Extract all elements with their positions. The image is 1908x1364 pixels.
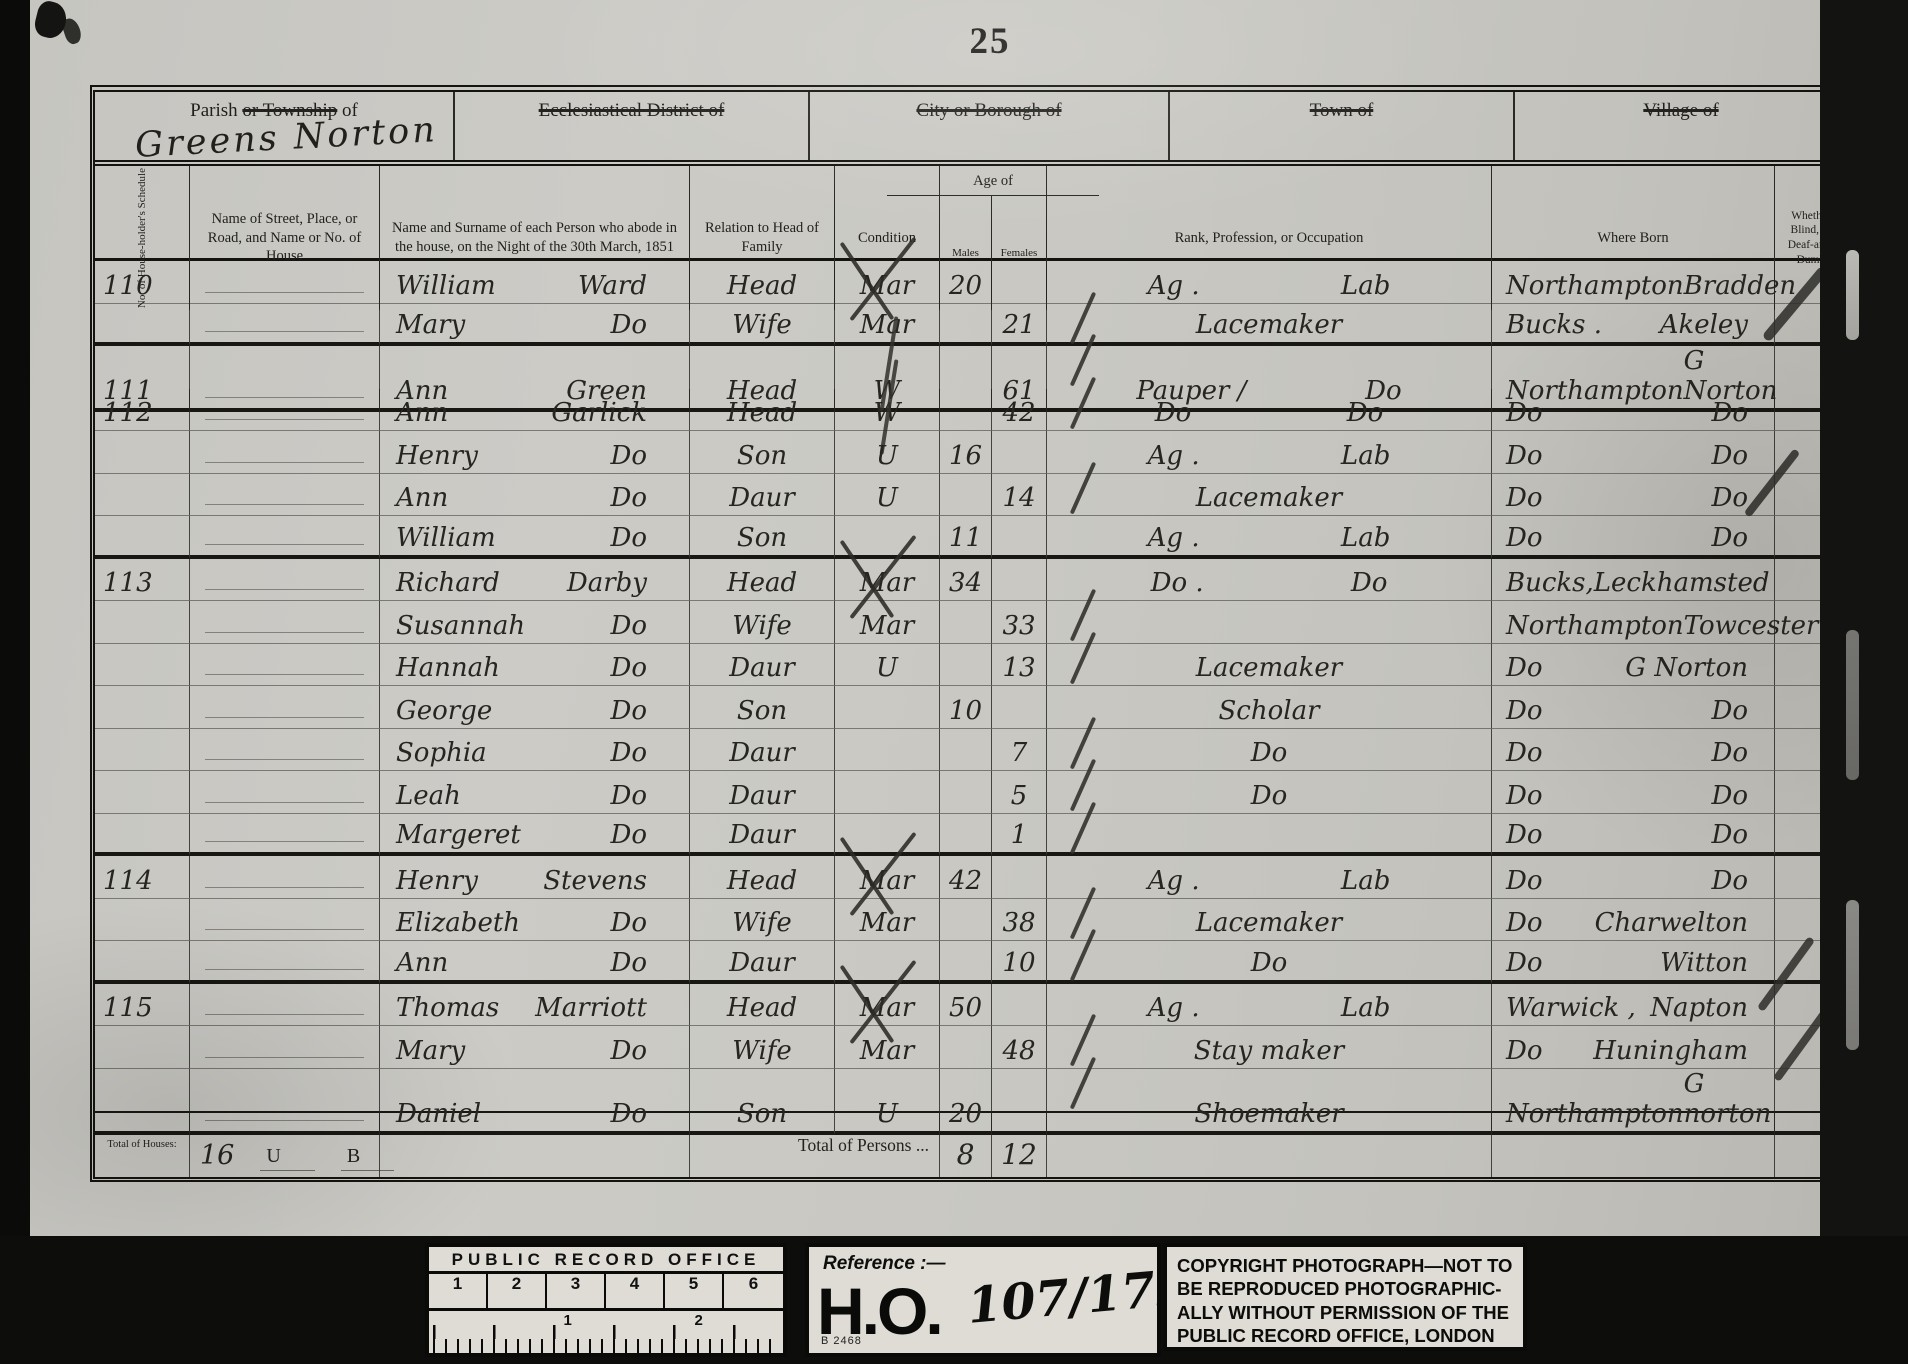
where-born-text: Northampton bbox=[1506, 271, 1684, 301]
where-born-text: Do bbox=[1712, 696, 1749, 726]
where-born-cell: DoDo bbox=[1492, 814, 1775, 857]
given-name: Mary bbox=[396, 1036, 465, 1066]
given-name: Ann bbox=[396, 948, 448, 978]
given-name: William bbox=[396, 271, 496, 301]
relation-cell: Son bbox=[690, 516, 835, 559]
ditto-dash bbox=[205, 717, 364, 718]
where-born-text: Do bbox=[1712, 523, 1749, 553]
where-born-text: Do bbox=[1506, 1036, 1543, 1066]
occupation-text: Lab bbox=[1341, 993, 1390, 1023]
totals-row: Total of Houses: 16 U B Total of Persons… bbox=[95, 1111, 1847, 1177]
street-cell bbox=[190, 389, 380, 432]
schedule-number-cell bbox=[95, 771, 190, 814]
condition-cell: Mar bbox=[835, 856, 940, 899]
inch-number: 3 bbox=[547, 1274, 606, 1308]
where-born-text: Do bbox=[1506, 523, 1543, 553]
person-name-cell: WilliamDo bbox=[380, 516, 690, 559]
ditto-dash bbox=[205, 1057, 364, 1058]
occupation-cell: Do bbox=[1047, 941, 1492, 984]
person-name-cell: RichardDarby bbox=[380, 559, 690, 602]
ditto-dash bbox=[205, 331, 364, 332]
ditto-dash bbox=[205, 841, 364, 842]
age-females-cell: 10 bbox=[992, 941, 1047, 984]
census-page: 25 Parish or Township of Greens Norton E… bbox=[30, 0, 1820, 1236]
occupation-cell: Stay maker bbox=[1047, 1026, 1492, 1069]
table-row: 112AnnGarlickHeadW42DoDoDoDo bbox=[95, 389, 1847, 432]
condition-cell: Mar bbox=[835, 1026, 940, 1069]
total-houses-value-cell: 16 U B bbox=[190, 1113, 380, 1177]
condition-cell: Mar bbox=[835, 559, 940, 602]
table-row: AnnDoDaurU14LacemakerDoDo bbox=[95, 474, 1847, 517]
relation-cell: Wife bbox=[690, 899, 835, 942]
age-males-cell: 16 bbox=[940, 431, 992, 474]
where-born-cell: DoDo bbox=[1492, 431, 1775, 474]
parish-handwritten-value: Greens Norton bbox=[134, 110, 439, 166]
where-born-cell: NorthamptonBradden bbox=[1492, 261, 1775, 304]
where-born-text: Charwelton bbox=[1595, 908, 1748, 938]
surname: Do bbox=[611, 611, 648, 641]
table-row: HenryDoSonU16Ag .LabDoDo bbox=[95, 431, 1847, 474]
age-females-cell bbox=[992, 431, 1047, 474]
table-row: GeorgeDoSon10ScholarDoDo bbox=[95, 686, 1847, 729]
schedule-number-cell bbox=[95, 516, 190, 559]
person-name-cell: AnnGarlick bbox=[380, 389, 690, 432]
given-name: Margeret bbox=[396, 820, 521, 850]
surname: Do bbox=[611, 441, 648, 471]
person-name-cell: LeahDo bbox=[380, 771, 690, 814]
ditto-dash bbox=[205, 929, 364, 930]
given-name: Ann bbox=[396, 398, 448, 428]
where-born-text: Northampton bbox=[1506, 611, 1684, 641]
cm-number: 1 bbox=[564, 1312, 572, 1329]
schedule-number-cell bbox=[95, 644, 190, 687]
street-cell bbox=[190, 984, 380, 1027]
age-males-cell: 42 bbox=[940, 856, 992, 899]
where-born-text: G Norton bbox=[1625, 653, 1748, 683]
inch-number: 1 bbox=[429, 1274, 488, 1308]
occupation-cell: Ag .Lab bbox=[1047, 431, 1492, 474]
ditto-dash bbox=[205, 419, 364, 420]
schedule-number-cell: 112 bbox=[95, 389, 190, 432]
street-cell bbox=[190, 304, 380, 347]
where-born-cell: Warwick ,Napton bbox=[1492, 984, 1775, 1027]
relation-cell: Head bbox=[690, 261, 835, 304]
condition-cell: Mar bbox=[835, 304, 940, 347]
age-females-cell bbox=[992, 984, 1047, 1027]
occupation-text: Lacemaker bbox=[1196, 908, 1342, 938]
village-label: Village of bbox=[1643, 100, 1718, 121]
occupation-text: Stay maker bbox=[1194, 1036, 1344, 1066]
where-born-cell: Bucks,Leckhamsted bbox=[1492, 559, 1775, 602]
ditto-dash bbox=[205, 292, 364, 293]
inch-number: 5 bbox=[665, 1274, 724, 1308]
occupation-text: Do bbox=[1347, 398, 1384, 428]
surname: Stevens bbox=[543, 866, 647, 896]
age-females-cell bbox=[992, 559, 1047, 602]
age-males-cell: 34 bbox=[940, 559, 992, 602]
occupation-text: Lacemaker bbox=[1196, 653, 1342, 683]
town-header-cell: Town of bbox=[1170, 92, 1515, 160]
age-males-cell: 20 bbox=[940, 261, 992, 304]
surname: Do bbox=[611, 781, 648, 811]
schedule-number-cell bbox=[95, 474, 190, 517]
photo-edge-streak bbox=[1846, 250, 1859, 340]
table-row: 115ThomasMarriottHeadMar50Ag .LabWarwick… bbox=[95, 984, 1847, 1027]
occupation-cell: Ag .Lab bbox=[1047, 261, 1492, 304]
total-houses-value: 16 bbox=[200, 1140, 234, 1171]
where-born-cell: DoHuningham bbox=[1492, 1026, 1775, 1069]
ditto-dash bbox=[205, 969, 364, 970]
age-males-cell bbox=[940, 941, 992, 984]
person-name-cell: HannahDo bbox=[380, 644, 690, 687]
person-name-cell: GeorgeDo bbox=[380, 686, 690, 729]
age-males-cell bbox=[940, 389, 992, 432]
relation-cell: Daur bbox=[690, 814, 835, 857]
ecclesiastical-label: Ecclesiastical District of bbox=[539, 100, 725, 121]
street-cell bbox=[190, 516, 380, 559]
given-name: Elizabeth bbox=[396, 908, 520, 938]
surname: Garlick bbox=[551, 398, 647, 428]
where-born-text: Do bbox=[1712, 738, 1749, 768]
ditto-dash bbox=[205, 759, 364, 760]
person-name-cell: MargeretDo bbox=[380, 814, 690, 857]
condition-cell: Mar bbox=[835, 899, 940, 942]
given-name: William bbox=[396, 523, 496, 553]
surname: Marriott bbox=[535, 993, 647, 1023]
condition-cell: U bbox=[835, 474, 940, 517]
cm-scale: 1 2 bbox=[429, 1311, 783, 1357]
schedule-number-cell bbox=[95, 729, 190, 772]
relation-cell: Wife bbox=[690, 304, 835, 347]
copyright-line: PUBLIC RECORD OFFICE, LONDON bbox=[1177, 1324, 1513, 1347]
person-name-cell: AnnDo bbox=[380, 474, 690, 517]
parish-header-cell: Parish or Township of Greens Norton bbox=[95, 92, 455, 160]
relation-cell: Head bbox=[690, 856, 835, 899]
age-females-cell: 14 bbox=[992, 474, 1047, 517]
ditto-dash bbox=[205, 589, 364, 590]
relation-cell: Head bbox=[690, 559, 835, 602]
occupation-text: Do bbox=[1251, 738, 1288, 768]
photo-right-border bbox=[1820, 0, 1908, 1236]
surname: Do bbox=[611, 908, 648, 938]
table-row: DanielDoSonU20ShoemakerNorthamptonG nort… bbox=[95, 1069, 1847, 1112]
relation-cell: Head bbox=[690, 984, 835, 1027]
occupation-cell: Ag .Lab bbox=[1047, 984, 1492, 1027]
where-born-text: Bucks, bbox=[1506, 568, 1594, 598]
table-row: ElizabethDoWifeMar38LacemakerDoCharwelto… bbox=[95, 899, 1847, 942]
where-born-cell: NorthamptonTowcester bbox=[1492, 601, 1775, 644]
where-born-text: Do bbox=[1506, 441, 1543, 471]
where-born-cell: DoDo bbox=[1492, 474, 1775, 517]
uninhabited-label: U bbox=[260, 1145, 314, 1171]
corner-ink-blot bbox=[60, 16, 83, 46]
person-name-cell: ThomasMarriott bbox=[380, 984, 690, 1027]
ditto-dash bbox=[205, 674, 364, 675]
occupation-cell bbox=[1047, 814, 1492, 857]
table-row: MaryDoWifeMar21LacemakerBucks .Akeley bbox=[95, 304, 1847, 347]
where-born-cell: DoWitton bbox=[1492, 941, 1775, 984]
age-females-cell: 21 bbox=[992, 304, 1047, 347]
where-born-text: Do bbox=[1506, 866, 1543, 896]
table-row: HannahDoDaurU13LacemakerDoG Norton bbox=[95, 644, 1847, 687]
occupation-cell: Ag .Lab bbox=[1047, 856, 1492, 899]
occupation-cell: Lacemaker bbox=[1047, 899, 1492, 942]
where-born-cell: DoCharwelton bbox=[1492, 899, 1775, 942]
where-born-cell: DoDo bbox=[1492, 771, 1775, 814]
occupation-cell: Lacemaker bbox=[1047, 304, 1492, 347]
age-males-cell bbox=[940, 304, 992, 347]
occupation-text: Lacemaker bbox=[1196, 483, 1342, 513]
footer-empty-cell bbox=[1047, 1113, 1492, 1177]
column-headers: No. of House-holder's Schedule Name of S… bbox=[95, 166, 1847, 261]
occupation-cell: Lacemaker bbox=[1047, 644, 1492, 687]
table-row: 110WilliamWardHeadMar20Ag .LabNorthampto… bbox=[95, 261, 1847, 304]
photo-edge-streak bbox=[1846, 630, 1859, 780]
ditto-dash bbox=[205, 544, 364, 545]
total-houses-label: Total of Houses: bbox=[95, 1139, 189, 1151]
schedule-number-cell: 114 bbox=[95, 856, 190, 899]
where-born-text: Leckhamsted bbox=[1594, 568, 1770, 598]
table-row: AnnDoDaur10DoDoWitton bbox=[95, 941, 1847, 984]
person-name-cell: MaryDo bbox=[380, 304, 690, 347]
age-females-cell: 7 bbox=[992, 729, 1047, 772]
schedule-number-cell bbox=[95, 814, 190, 857]
where-born-text: Napton bbox=[1650, 993, 1748, 1023]
street-cell bbox=[190, 601, 380, 644]
age-males-cell: 10 bbox=[940, 686, 992, 729]
occupation-text: Lab bbox=[1341, 441, 1390, 471]
person-name-cell: SusannahDo bbox=[380, 601, 690, 644]
page-number: 25 bbox=[930, 20, 1050, 63]
occupation-text: Ag . bbox=[1148, 866, 1200, 896]
occupation-cell: Lacemaker bbox=[1047, 474, 1492, 517]
ditto-dash bbox=[205, 632, 364, 633]
schedule-number-cell bbox=[95, 304, 190, 347]
district-header: Parish or Township of Greens Norton Eccl… bbox=[95, 92, 1847, 166]
pro-ruler-stamp: PUBLIC RECORD OFFICE 123456 1 2 bbox=[425, 1243, 787, 1357]
street-cell bbox=[190, 686, 380, 729]
surname: Do bbox=[611, 696, 648, 726]
age-males-cell bbox=[940, 771, 992, 814]
occupation-text: Ag . bbox=[1148, 993, 1200, 1023]
street-cell bbox=[190, 1026, 380, 1069]
footer-empty-cell bbox=[1492, 1113, 1775, 1177]
condition-cell bbox=[835, 729, 940, 772]
surname: Darby bbox=[567, 568, 647, 598]
surname: Do bbox=[611, 820, 648, 850]
condition-cell: U bbox=[835, 644, 940, 687]
schedule-number-cell: 113 bbox=[95, 559, 190, 602]
town-label: Town of bbox=[1310, 100, 1374, 121]
given-name: Henry bbox=[396, 866, 478, 896]
total-persons-label: Total of Persons ... bbox=[798, 1135, 929, 1156]
relation-cell: Wife bbox=[690, 1026, 835, 1069]
occupation-text: Do . bbox=[1151, 568, 1204, 598]
surname: Do bbox=[611, 1036, 648, 1066]
table-row: SusannahDoWifeMar33NorthamptonTowcester bbox=[95, 601, 1847, 644]
where-born-text: Akeley bbox=[1660, 310, 1748, 340]
inch-number: 4 bbox=[606, 1274, 665, 1308]
age-males-cell bbox=[940, 474, 992, 517]
total-males-cell: 8 bbox=[940, 1113, 992, 1177]
where-born-text: Do bbox=[1506, 653, 1543, 683]
age-females-cell: 5 bbox=[992, 771, 1047, 814]
where-born-cell: DoDo bbox=[1492, 729, 1775, 772]
relation-cell: Son bbox=[690, 686, 835, 729]
condition-cell bbox=[835, 771, 940, 814]
relation-cell: Daur bbox=[690, 644, 835, 687]
copyright-line: ALLY WITHOUT PERMISSION OF THE bbox=[1177, 1301, 1513, 1324]
street-cell bbox=[190, 431, 380, 474]
ditto-dash bbox=[205, 1014, 364, 1015]
ditto-dash bbox=[205, 802, 364, 803]
age-males-cell: 11 bbox=[940, 516, 992, 559]
where-born-text: Bucks . bbox=[1506, 310, 1602, 340]
occupation-cell: Ag .Lab bbox=[1047, 516, 1492, 559]
person-name-cell: WilliamWard bbox=[380, 261, 690, 304]
person-name-cell: HenryStevens bbox=[380, 856, 690, 899]
table-row: MargeretDoDaur1DoDo bbox=[95, 814, 1847, 857]
where-born-cell: Bucks .Akeley bbox=[1492, 304, 1775, 347]
occupation-cell: Do bbox=[1047, 771, 1492, 814]
occupation-text: Do bbox=[1251, 948, 1288, 978]
age-males-cell bbox=[940, 644, 992, 687]
relation-cell: Daur bbox=[690, 474, 835, 517]
copyright-stamp: COPYRIGHT PHOTOGRAPH—NOT TOBE REPRODUCED… bbox=[1163, 1243, 1527, 1351]
where-born-text: Do bbox=[1506, 696, 1543, 726]
age-males-cell bbox=[940, 814, 992, 857]
relation-cell: Son bbox=[690, 431, 835, 474]
person-name-cell: ElizabethDo bbox=[380, 899, 690, 942]
where-born-text: Do bbox=[1712, 483, 1749, 513]
inch-scale: 123456 bbox=[429, 1271, 783, 1311]
surname: Do bbox=[611, 738, 648, 768]
total-females-cell: 12 bbox=[992, 1113, 1047, 1177]
age-females-cell: 13 bbox=[992, 644, 1047, 687]
person-name-cell: SophiaDo bbox=[380, 729, 690, 772]
person-name-cell: HenryDo bbox=[380, 431, 690, 474]
total-persons-label-cell: Total of Persons ... bbox=[690, 1113, 940, 1177]
cm-scale-major-ticks bbox=[433, 1325, 779, 1339]
condition-cell: Mar bbox=[835, 261, 940, 304]
reference-stamp: Reference :— B 2468 H.O. 107/1736. bbox=[805, 1243, 1161, 1357]
where-born-text: Witton bbox=[1660, 948, 1748, 978]
street-cell bbox=[190, 644, 380, 687]
occupation-text: Ag . bbox=[1148, 523, 1200, 553]
occupation-cell: Do .Do bbox=[1047, 559, 1492, 602]
cm-scale-ticks bbox=[433, 1339, 779, 1357]
ditto-dash bbox=[205, 504, 364, 505]
schedule-number-cell bbox=[95, 1026, 190, 1069]
street-cell bbox=[190, 559, 380, 602]
where-born-text: Do bbox=[1712, 781, 1749, 811]
age-females-cell: 48 bbox=[992, 1026, 1047, 1069]
given-name: Mary bbox=[396, 310, 465, 340]
person-name-cell: MaryDo bbox=[380, 1026, 690, 1069]
occupation-text: Lab bbox=[1341, 523, 1390, 553]
cm-number: 2 bbox=[695, 1312, 703, 1329]
schedule-number-cell bbox=[95, 941, 190, 984]
where-born-cell: DoDo bbox=[1492, 516, 1775, 559]
relation-cell: Daur bbox=[690, 941, 835, 984]
occupation-text: Ag . bbox=[1148, 441, 1200, 471]
occupation-text: Scholar bbox=[1218, 696, 1319, 726]
surname: Do bbox=[611, 310, 648, 340]
reference-series: H.O. bbox=[817, 1273, 941, 1349]
where-born-text: Do bbox=[1506, 738, 1543, 768]
given-name: George bbox=[396, 696, 492, 726]
photo-edge-streak bbox=[1846, 900, 1859, 1050]
census-table: Parish or Township of Greens Norton Eccl… bbox=[90, 85, 1852, 1182]
table-row: 114HenryStevensHeadMar42Ag .LabDoDo bbox=[95, 856, 1847, 899]
copyright-line: COPYRIGHT PHOTOGRAPH—NOT TO bbox=[1177, 1254, 1513, 1277]
occupation-cell: Scholar bbox=[1047, 686, 1492, 729]
occupation-text: Lab bbox=[1341, 866, 1390, 896]
age-females-cell bbox=[992, 516, 1047, 559]
street-cell bbox=[190, 771, 380, 814]
schedule-number-cell bbox=[95, 686, 190, 729]
age-males-cell bbox=[940, 899, 992, 942]
table-row: LeahDoDaur5DoDoDo bbox=[95, 771, 1847, 814]
condition-cell: U bbox=[835, 431, 940, 474]
where-born-text: Do bbox=[1506, 820, 1543, 850]
condition-cell: Mar bbox=[835, 601, 940, 644]
schedule-number-cell: 115 bbox=[95, 984, 190, 1027]
given-name: Leah bbox=[396, 781, 461, 811]
person-name-cell: AnnDo bbox=[380, 941, 690, 984]
ecclesiastical-header-cell: Ecclesiastical District of bbox=[455, 92, 810, 160]
age-males-cell: 50 bbox=[940, 984, 992, 1027]
total-houses-label-cell: Total of Houses: bbox=[95, 1113, 190, 1177]
occupation-text: Do bbox=[1155, 398, 1192, 428]
occupation-cell bbox=[1047, 601, 1492, 644]
age-females-cell: 38 bbox=[992, 899, 1047, 942]
where-born-text: Do bbox=[1506, 398, 1543, 428]
schedule-number-cell: 110 bbox=[95, 261, 190, 304]
table-row: WilliamDoSon11Ag .LabDoDo bbox=[95, 516, 1847, 559]
street-cell bbox=[190, 729, 380, 772]
inch-number: 6 bbox=[724, 1274, 783, 1308]
where-born-text: Do bbox=[1712, 866, 1749, 896]
table-row: MaryDoWifeMar48Stay makerDoHuningham bbox=[95, 1026, 1847, 1069]
schedule-number-cell bbox=[95, 601, 190, 644]
where-born-text: Do bbox=[1506, 781, 1543, 811]
where-born-text: Do bbox=[1506, 948, 1543, 978]
where-born-cell: DoDo bbox=[1492, 389, 1775, 432]
where-born-text: Warwick , bbox=[1506, 993, 1636, 1023]
age-females-cell bbox=[992, 261, 1047, 304]
street-cell bbox=[190, 899, 380, 942]
where-born-text: Do bbox=[1712, 398, 1749, 428]
table-rows: 110WilliamWardHeadMar20Ag .LabNorthampto… bbox=[95, 261, 1847, 1111]
ditto-dash bbox=[205, 887, 364, 888]
where-born-cell: DoDo bbox=[1492, 856, 1775, 899]
given-name: Henry bbox=[396, 441, 478, 471]
condition-cell: W bbox=[835, 389, 940, 432]
where-born-text: Do bbox=[1712, 441, 1749, 471]
given-name: Ann bbox=[396, 483, 448, 513]
pro-title: PUBLIC RECORD OFFICE bbox=[429, 1247, 783, 1271]
given-name: Susannah bbox=[396, 611, 525, 641]
age-females-cell: 1 bbox=[992, 814, 1047, 857]
occupation-cell: Do bbox=[1047, 729, 1492, 772]
age-females-cell bbox=[992, 856, 1047, 899]
where-born-text: Huningham bbox=[1593, 1036, 1748, 1066]
given-name: Hannah bbox=[396, 653, 500, 683]
occupation-text: Lab bbox=[1341, 271, 1390, 301]
surname: Do bbox=[611, 483, 648, 513]
where-born-text: Do bbox=[1506, 908, 1543, 938]
